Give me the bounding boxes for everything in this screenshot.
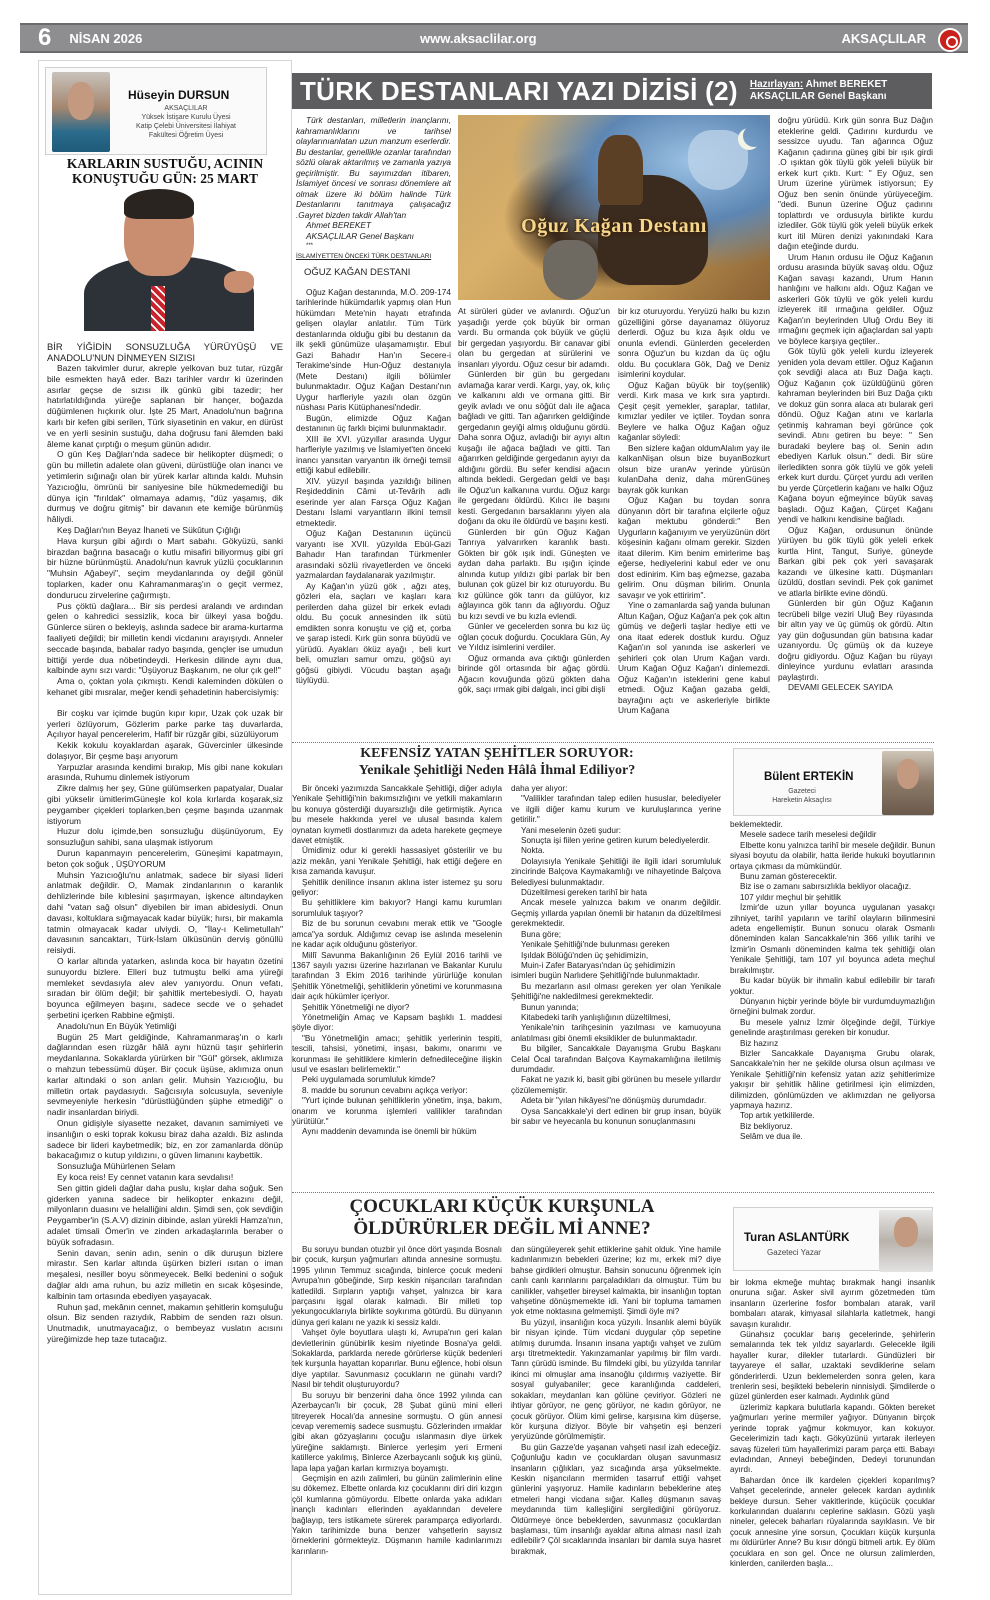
paragraph: Bu mesele yalnız İzmir ölçeğinde değil, …: [730, 1018, 935, 1039]
paragraph: Fakat ne yazık ki, basit gibi görünen bu…: [511, 1075, 721, 1096]
paragraph: Peki uygulamada sorumluluk kimde?: [292, 1075, 502, 1085]
paragraph: Bugün 25 Mart geldiğinde, Kahramanmaraş'…: [47, 1032, 283, 1118]
paragraph: Biz de bu sorunun cevabını merak ettik v…: [292, 919, 502, 950]
paragraph: Aynı maddenin devamında ise önemli bir h…: [292, 1127, 502, 1137]
author-titles: Gazeteci Yazar: [744, 1248, 844, 1257]
paragraph: Oğuz Kağan bu toydan sonra dünyanın dört…: [618, 495, 770, 600]
paragraph: doğru yürüdü. Kırk gün sonra Buz Dağın e…: [778, 115, 933, 252]
paragraph: Kitabedeki tarih yanlışlığının düzeltilm…: [511, 1013, 721, 1023]
page-header-bar: 6 NİSAN 2026 www.aksaclilar.org AKSAÇLIL…: [20, 23, 968, 53]
headline-line-2: ÖLDÜRÜRLER DEĞİL Mİ ANNE?: [292, 1218, 712, 1240]
paragraph: Ancak mesele yalnızca bakım ve onarım de…: [511, 898, 721, 929]
paragraph: daha yer alıyor:: [511, 784, 721, 794]
paragraph: İzmir'de uzun yıllar boyunca uygulanan y…: [730, 903, 935, 976]
paragraph: Hava kurşun gibi ağırdı o Mart sabahı. G…: [47, 536, 283, 601]
series-byline: Hazırlayan: Ahmet BEREKET AKSAÇLILAR Gen…: [750, 79, 887, 103]
paragraph: Günler ve gecelerden sonra bu kız üç oğl…: [458, 621, 610, 653]
cocuklar-column-3: bir lokma ekmeğe muhtaç bırakmak hangi i…: [730, 1278, 935, 1598]
poem-stanza: Bir coşku var içimde bugün kıpır kıpır, …: [47, 708, 283, 740]
headline-line-1: KARLARIN SUSTUĞU, ACININ: [39, 156, 291, 171]
poem-stanza: Kekik kokulu koyaklardan aşarak, Güverci…: [47, 740, 283, 762]
paragraph: Senin davan, senin adın, senin o dik dur…: [47, 1248, 283, 1302]
paragraph: Oğuz Kağan destanında, M.Ö. 209-174 tari…: [296, 287, 451, 413]
series-column-3: bir kız oturuyordu. Yeryüzü halkı bu kız…: [618, 306, 770, 736]
website-link[interactable]: www.aksaclilar.org: [420, 31, 537, 46]
paragraph: Bir önceki yazımızda Sancakkale Şehitliğ…: [292, 784, 502, 846]
paragraph: Ümidimiz odur ki gerekli hassasiyet göst…: [292, 846, 502, 877]
paragraph: Selâm ve dua ile.: [730, 1132, 935, 1142]
sehitler-column-1: Bir önceki yazımızda Sancakkale Şehitliğ…: [292, 784, 502, 1154]
paragraph: 8. madde bu sorunun cevabını açıkça veri…: [292, 1086, 502, 1096]
paragraph: O gün Keş Dağları'nda sadece bir helikop…: [47, 449, 283, 525]
series-banner: TÜRK DESTANLARI YAZI DİZİSİ (2) Hazırlay…: [292, 73, 932, 109]
continued-next-issue: DEVAMI GELECEK SAYIDA: [778, 682, 933, 693]
paragraph: Günlerden bir gün bu gergedanı avlamağa …: [458, 369, 610, 527]
paragraph: Ruhun şad, mekânın cennet, makamın şehit…: [47, 1302, 283, 1345]
cocuklar-headline: ÇOCUKLARI KÜÇÜK KURŞUNLA ÖLDÜRÜRLER DEĞİ…: [292, 1196, 712, 1240]
byline-role: AKSAÇLILAR Genel Başkanı: [750, 91, 887, 103]
author-name: Turan ASLANTÜRK: [744, 1232, 849, 1244]
paragraph: Urum Hanın ordusu ile Oğuz Kağanın ordus…: [778, 252, 933, 347]
poem-stanza: Yarpuzlar arasında kendimi bırakıp, Mis …: [47, 762, 283, 784]
paragraph: Bu şehitliklere kim bakıyor? Hangi kamu …: [292, 898, 502, 919]
page-number: 6: [38, 24, 51, 52]
paragraph: Bizler Sancakkale Dayanışma Grubu olarak…: [730, 1049, 935, 1111]
signature-role: AKSAÇLILAR Genel Başkanı: [296, 231, 451, 242]
paragraph: Onun gidişiyle siyasette nezaket, davanı…: [47, 1118, 283, 1161]
paragraph: Ey koca reis! Ey cennet vatanın kara sev…: [47, 1172, 283, 1183]
signature-name: Ahmet BEREKET: [296, 220, 451, 231]
paragraph: bir lokma ekmeğe muhtaç bırakmak hangi i…: [730, 1278, 935, 1330]
paragraph: Muhsin Yazıcıoğlu'nu anlatmak, sadece bi…: [47, 870, 283, 956]
author-titles: AKSAÇLILAR Yüksek İstişare Kurulu Üyesi …: [116, 104, 256, 140]
paragraph: Anadolu'nun En Büyük Yetimliği: [47, 1021, 283, 1032]
cocuklar-column-2: dan süngüleyerek şehit ettiklerine şahit…: [511, 1245, 721, 1595]
sehitler-column-3: beklemektedir. Mesele sadece tarih mesel…: [730, 820, 935, 1155]
author-title-line: Gazeteci: [752, 787, 852, 796]
paragraph: Sonsuzluğa Mühürlenen Selam: [47, 1161, 283, 1172]
series-column-1: Türk destanları, milletlerin inançlarını…: [296, 115, 451, 735]
paragraph: Günahsız çocuklar barış gecelerinde, şeh…: [730, 1330, 935, 1403]
article-subhead: BİR YİĞİDİN SONSUZLUĞA YÜRÜYÜŞÜ VE ANADO…: [47, 341, 283, 363]
headline-line-1: ÇOCUKLARI KÜÇÜK KURŞUNLA: [292, 1196, 712, 1218]
paragraph: üzlerimiz kapkara bulutlarla kapandı. Gö…: [730, 1403, 935, 1476]
paragraph: Elbette konu yalnızca tarihî bir mesele …: [730, 841, 935, 872]
paragraph: Buna göre;: [511, 930, 721, 940]
paragraph: Oğuz Kağan büyük bir toy(şenlik) verdi. …: [618, 380, 770, 443]
paragraph: XIV. yüzyıl başında yazıldığı bilinen Re…: [296, 476, 451, 529]
paragraph: Bunu zaman gösterecektir.: [730, 872, 935, 882]
paragraph: "Bu Yönetmeliğin amacı; şehitlik yerleri…: [292, 1034, 502, 1076]
author-box: Bülent ERTEKİN Gazeteci Hareketin Aksaçl…: [733, 748, 933, 816]
paragraph: Mesele sadece tarih meselesi değildir: [730, 830, 935, 840]
paragraph: Dünyanın hiçbir yerinde böyle bir vurdum…: [730, 997, 935, 1018]
author-title-line: Hareketin Aksaçlısı: [752, 796, 852, 805]
paragraph: Yine o zamanlarda sağ yanda bulunan Altu…: [618, 600, 770, 716]
headline-line-2: KONUŞTUĞU GÜN: 25 MART: [39, 171, 291, 186]
paragraph: Işıldak Bölüğü'nden üç şehidimizin,: [511, 951, 721, 961]
paragraph: Yenikale Şehitliği'nde bulunması gereken: [511, 940, 721, 950]
paragraph: Bu soruyu bundan otuzbir yıl önce dört y…: [292, 1245, 502, 1328]
paragraph: Geçmişin en azılı zalimleri, bu günün za…: [292, 1474, 502, 1557]
paragraph: Oğuz Kağan, ordusunun önünde yürüyen bu …: [778, 525, 933, 599]
author-title-line: AKSAÇLILAR: [116, 104, 256, 113]
poem-stanza: Durun kapanmayın pencerelerim, Güneşimi …: [47, 848, 283, 870]
aksaclilar-emblem-icon: [938, 28, 962, 52]
paragraph: Şehitlik denilince insanın aklına ister …: [292, 878, 502, 899]
author-photo: [879, 1210, 933, 1272]
paragraph: Sonuçta işi fiilen yerine getiren kurum …: [511, 836, 721, 846]
section-divider: [292, 1192, 934, 1193]
paragraph: Oğuz Kağan Destanının üçüncü varyantı is…: [296, 528, 451, 581]
author-photo: [882, 751, 934, 815]
paragraph: Günlerden bir gün Oğuz Kağan Tanrıya yal…: [458, 527, 610, 622]
series-intro: Türk destanları, milletlerin inançlarını…: [296, 115, 451, 220]
separator-stars: ***: [296, 241, 451, 252]
author-box: Hüseyin DURSUN AKSAÇLILAR Yüksek İstişar…: [45, 67, 267, 155]
headline-line-2: Yenikale Şehitliği Neden Hâlâ İhmal Edil…: [292, 762, 702, 779]
paragraph: Ben sizlere kağan oldumAlalım yay ile ka…: [618, 443, 770, 496]
paragraph: Vahşet öyle boyutlara ulaştı ki, Avrupa'…: [292, 1328, 502, 1390]
paragraph: Bazen takvimler durur, akreple yelkovan …: [47, 363, 283, 449]
paragraph: bir kız oturuyordu. Yeryüzü halkı bu kız…: [618, 306, 770, 380]
paragraph: Bu gün Gazze'de yaşanan vahşeti nasıl iz…: [511, 1443, 721, 1557]
paragraph: Yönetmeliğin Amaç ve Kapsam başlıklı 1. …: [292, 1013, 502, 1034]
paragraph: Biz ise o zamanı sabırsızlıkla bekliyor …: [730, 882, 935, 892]
author-title-line: Katip Çelebi Üniversitesi İlahiyat: [116, 122, 256, 131]
author-titles: Gazeteci Hareketin Aksaçlısı: [752, 787, 852, 805]
paragraph: Bu yüzyıl, insanlığın koca yüzyılı. İnsa…: [511, 1318, 721, 1443]
author-title-line: Fakültesi Öğretim Üyesi: [116, 131, 256, 140]
paragraph: Bu bilgiler, Sancakkale Dayanışma Grubu …: [511, 1044, 721, 1075]
left-article: Hüseyin DURSUN AKSAÇLILAR Yüksek İstişar…: [38, 60, 292, 1595]
paragraph: Sen gittin gideli dağlar daha puslu, kış…: [47, 1183, 283, 1248]
paragraph: Pus çöktü dağlara... Bir sis perdesi ara…: [47, 601, 283, 677]
author-title-line: Gazeteci Yazar: [744, 1248, 844, 1257]
paragraph: "Yurt içinde bulunan şehitliklerin yönet…: [292, 1096, 502, 1127]
author-title-line: Yüksek İstişare Kurulu Üyesi: [116, 113, 256, 122]
poem-stanza: Huzur dolu içimde,ben sonsuzluğu düşünüy…: [47, 826, 283, 848]
paragraph: Günlerden bir gün Oğuz Kağanın tecrübeli…: [778, 598, 933, 682]
paragraph: Düzeltilmesi gereken tarihî bir hata: [511, 888, 721, 898]
author-box: Turan ASLANTÜRK Gazeteci Yazar: [733, 1207, 933, 1271]
byline-label: Hazırlayan:: [750, 79, 803, 90]
sehitler-headline: KEFENSİZ YATAN ŞEHİTLER SORUYOR: Yenikal…: [292, 745, 702, 779]
headline-line-1: KEFENSİZ YATAN ŞEHİTLER SORUYOR:: [292, 745, 702, 762]
paragraph: Top artık yetkililerde.: [730, 1111, 935, 1121]
paragraph: Yani meselenin özeti şudur:: [511, 826, 721, 836]
paragraph: Oysa Sancakkale'yi dert edinen bir grup …: [511, 1107, 721, 1128]
paragraph: Muin-i Zafer Bataryası'ndan üç şehidimiz…: [511, 961, 721, 971]
paragraph: Biz hazırız: [730, 1039, 935, 1049]
paragraph: Şehitlik Yönetmeliği ne diyor?: [292, 1003, 502, 1013]
paragraph: At sürüleri güder ve avlanırdı. Oğuz'un …: [458, 306, 610, 369]
paragraph: XIII ile XVI. yüzyıllar arasında Uygur h…: [296, 434, 451, 476]
section-divider: [292, 742, 934, 743]
author-photo: [52, 72, 110, 152]
paragraph: Bu mezarların asıl olması gereken yer ol…: [511, 982, 721, 1003]
series-title: TÜRK DESTANLARI YAZI DİZİSİ (2): [300, 76, 738, 107]
paragraph: Nokta.: [511, 846, 721, 856]
paragraph: Ay Kağan'ın yüzü gök , ağzı ateş, gözler…: [296, 581, 451, 686]
section-label: İSLAMİYETTEN ÖNCEKİ TÜRK DESTANLARI: [296, 252, 451, 263]
series-column-2: At sürüleri güder ve avlanırdı. Oğuz'un …: [458, 306, 610, 736]
issue-date: NİSAN 2026: [69, 31, 142, 46]
paragraph: Bunun yanında;: [511, 1003, 721, 1013]
paragraph: Adeta bir "yılan hikâyesi"ne dönüşmüş du…: [511, 1096, 721, 1106]
paragraph: Bugün, elimizde Oğuz Kağan destanının üç…: [296, 413, 451, 434]
paragraph: Bu kadar büyük bir ihmalin kabul edilebi…: [730, 976, 935, 997]
paragraph: 107 yıldır meçhul bir şehitlik: [730, 893, 935, 903]
paragraph: isimleri bugün Narlıdere Şehitliği'nde b…: [511, 971, 721, 981]
paragraph: Bu soruyu bir benzerini daha önce 1992 y…: [292, 1391, 502, 1474]
paragraph: Bahardan önce ilk kardelen çiçekleri kop…: [730, 1476, 935, 1570]
cocuklar-column-1: Bu soruyu bundan otuzbir yıl önce dört y…: [292, 1245, 502, 1595]
series-column-4: doğru yürüdü. Kırk gün sonra Buz Dağın e…: [778, 115, 933, 740]
paragraph: Oğuz ormanda ava çıktığı günlerden birin…: [458, 653, 610, 695]
paragraph: Millî Savunma Bakanlığının 26 Eylül 2016…: [292, 951, 502, 1003]
oguz-kagan-illustration: Oğuz Kağan Destanı: [458, 115, 770, 300]
paragraph: O karlar altında yatarken, aslında koca …: [47, 956, 283, 1021]
paragraph: Gök tüylü gök yeleli kurdu izleyerek yen…: [778, 346, 933, 525]
poem-stanza: Zikre dalmış her şey, Güne gülümserken p…: [47, 783, 283, 826]
illustration-title: Oğuz Kağan Destanı: [458, 215, 770, 238]
left-article-body: BİR YİĞİDİN SONSUZLUĞA YÜRÜYÜŞÜ VE ANADO…: [47, 341, 283, 1591]
paragraph: "Valilikler tarafından talep edilen husu…: [511, 794, 721, 825]
paragraph: Dolayısıyla Yenikale Şehitliği ile ilgil…: [511, 857, 721, 888]
article-headline: KARLARIN SUSTUĞU, ACININ KONUŞTUĞU GÜN: …: [39, 156, 291, 186]
muhsin-yazicioglu-photo: [79, 186, 249, 331]
paragraph: Yenikale'nin tarihçesinin yazılması ve k…: [511, 1023, 721, 1044]
author-name: Bülent ERTEKİN: [764, 771, 853, 783]
paragraph: Ama o, çoktan yola çıkmıştı. Kendi kalem…: [47, 676, 283, 698]
author-name: Hüseyin DURSUN: [128, 88, 229, 102]
paragraph: dan süngüleyerek şehit ettiklerine şahit…: [511, 1245, 721, 1318]
sehitler-column-2: daha yer alıyor: "Valilikler tarafından …: [511, 784, 721, 1154]
brand-name: AKSAÇLILAR: [842, 31, 927, 46]
paragraph: Keş Dağları'nın Beyaz İhaneti ve Sükûtun…: [47, 525, 283, 536]
paragraph: beklemektedir.: [730, 820, 935, 830]
paragraph: Biz bekliyoruz.: [730, 1122, 935, 1132]
byline-name: Ahmet BEREKET: [803, 79, 887, 90]
section-title: OĞUZ KAĞAN DESTANI: [304, 268, 451, 279]
